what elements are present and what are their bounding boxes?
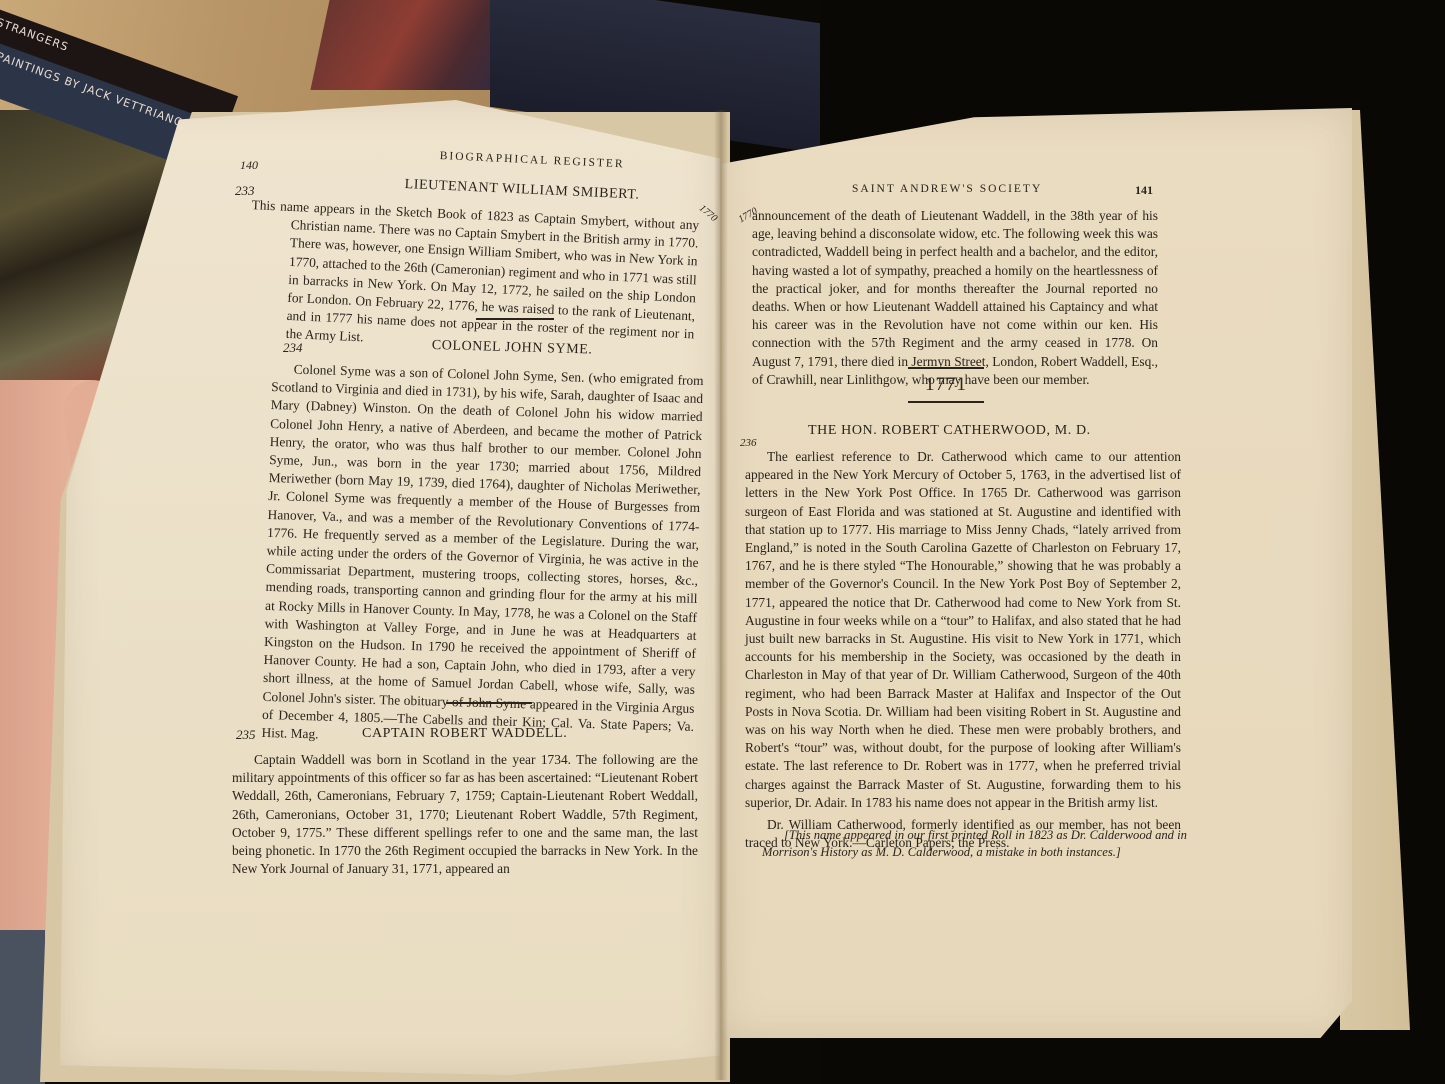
entry-233-body: This name appears in the Sketch Book of … (285, 198, 699, 362)
book-gutter (714, 110, 728, 1080)
entry-236-title: THE HON. ROBERT CATHERWOOD, M. D. (808, 423, 1108, 439)
entry-234-body: Colonel Syme was a son of Colonel John S… (261, 360, 704, 754)
entry-236-bracket-note: [This name appeared in our first printed… (762, 827, 1212, 861)
entry-236-body: The earliest reference to Dr. Catherwood… (745, 448, 1181, 852)
sleeve (0, 930, 45, 1084)
entry-235-body: Captain Waddell was born in Scotland in … (232, 751, 698, 878)
continuation-paragraph: announcement of the death of Lieutenant … (752, 207, 1158, 389)
entry-234-number: 234 (283, 340, 303, 356)
right-running-head: SAINT ANDREW'S SOCIETY (852, 183, 1042, 195)
divider-rule (476, 318, 554, 320)
section-year: 1771 (900, 374, 992, 396)
entry-234-paragraph: Colonel Syme was a son of Colonel John S… (261, 360, 704, 754)
year-rule-bottom (908, 401, 984, 403)
entry-236-paragraph-1: The earliest reference to Dr. Catherwood… (745, 448, 1181, 812)
divider-rule (446, 702, 532, 704)
entry-233-paragraph: This name appears in the Sketch Book of … (285, 198, 699, 362)
entry-235-number: 235 (236, 727, 256, 743)
right-page-number: 141 (1135, 183, 1153, 198)
year-rule-top (908, 367, 984, 369)
entry-235-paragraph: Captain Waddell was born in Scotland in … (232, 751, 698, 878)
entry-235-title: CAPTAIN ROBERT WADDELL. (362, 726, 622, 742)
left-page-number: 140 (240, 158, 258, 173)
waddell-continuation: announcement of the death of Lieutenant … (752, 207, 1158, 389)
